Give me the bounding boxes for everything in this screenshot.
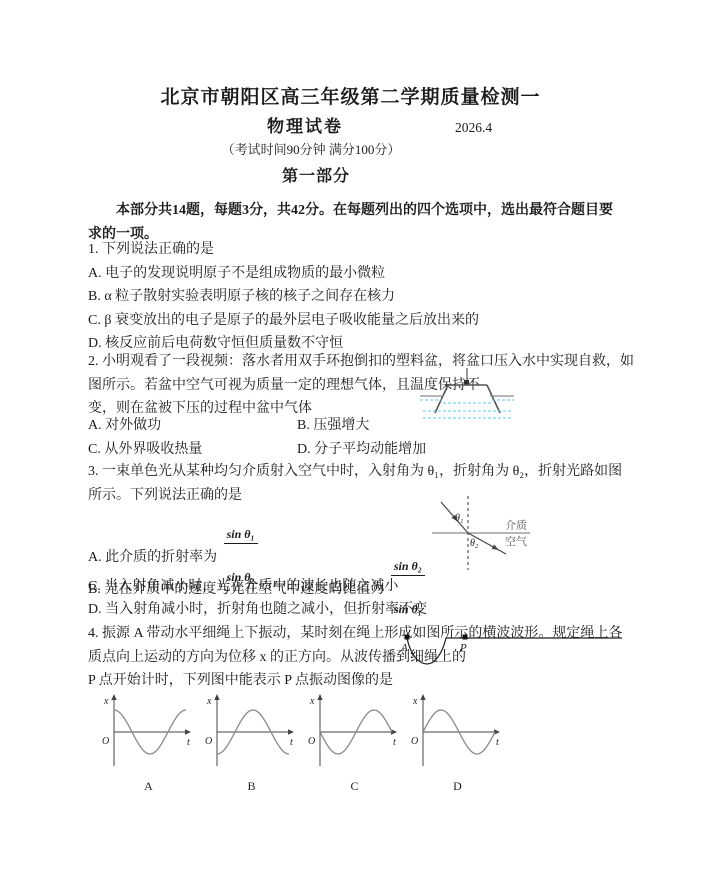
graph-label: C: [298, 779, 401, 794]
wave-trough-curve: [407, 638, 446, 664]
t-axis-label: t: [187, 737, 190, 748]
subject-title: 物理试卷: [0, 112, 610, 137]
question-2: 2. 小明观看了一段视频：落水者用双手环抱倒扣的塑料盆，将盆口压入水中实现自救，…: [88, 350, 634, 421]
exam-paper-page: 北京市朝阳区高三年级第二学期质量检测一 物理试卷 2026.4 （考试时间90分…: [0, 0, 701, 877]
q1-stem: 1. 下列说法正确的是: [88, 238, 479, 262]
q2-stem: 2. 小明观看了一段视频：落水者用双手环抱倒扣的塑料盆，将盆口压入水中实现自救，…: [88, 350, 634, 421]
origin-label: O: [205, 736, 212, 747]
text-line: A. 电子的发现说明原子不是组成物质的最小微粒: [88, 262, 479, 286]
option-graph-A: xOtA: [92, 692, 195, 794]
y-axis-arrow: [111, 694, 116, 700]
t-axis-label: t: [290, 737, 293, 748]
text-line: 2. 小明观看了一段视频：落水者用双手环抱倒扣的塑料盆，将盆口压入水中实现自救，…: [88, 350, 634, 374]
text-line: C. β 衰变放出的电子是原子的最外层电子吸收能量之后放出来的: [88, 309, 479, 333]
y-axis-arrow: [420, 694, 425, 700]
question-3: 3. 一束单色光从某种均匀介质射入空气中时，入射角为 θ₁，折射角为 θ₂，折射…: [88, 460, 628, 625]
exam-info: （考试时间90分钟 满分100分）: [0, 139, 622, 158]
point-p-dot: [463, 635, 468, 640]
refracted-ray-arrow: [492, 545, 501, 553]
graph-label: B: [195, 779, 298, 794]
q2-option-d: D. 分子平均动能增加: [297, 438, 426, 462]
exam-date: 2026.4: [455, 120, 492, 136]
refraction-figure: θ₁ θ₂ 介质 空气: [428, 492, 540, 576]
graph-label: D: [401, 779, 504, 794]
text-line: 本部分共14题，每题3分，共42分。在每题列出的四个选项中，选出最符合题目要: [88, 199, 618, 223]
x-axis-label: x: [412, 696, 418, 707]
option-graph-B: xOtB: [195, 692, 298, 794]
t-axis-label: t: [393, 737, 396, 748]
graph-label: A: [92, 779, 195, 794]
x-axis-label: x: [206, 696, 212, 707]
text-line: 3. 一束单色光从某种均匀介质射入空气中时，入射角为 θ₁，折射角为 θ₂，折射…: [88, 460, 628, 484]
t-axis-arrow: [185, 729, 191, 734]
origin-label: O: [411, 736, 418, 747]
q2-option-b: B. 压强增大: [297, 414, 426, 438]
basin-outline: [435, 385, 500, 413]
text-line: 图所示。若盆中空气可视为质量一定的理想气体，且温度保持不: [88, 374, 634, 398]
q3-option-c: C. 当入射角减小时，光在介质中的波长也随之减小: [88, 575, 398, 599]
q4-option-graphs: xOtAxOtBxOtCxOtD: [92, 692, 504, 794]
q2-option-a: A. 对外做功: [88, 414, 297, 438]
question-1: 1. 下列说法正确的是 A. 电子的发现说明原子不是组成物质的最小微粒B. α …: [88, 238, 479, 356]
option-graph-D: xOtD: [401, 692, 504, 794]
x-axis-label: x: [309, 696, 315, 707]
wave-figure: A P: [398, 628, 626, 670]
text-line: B. α 粒子散射实验表明原子核的核子之间存在核力: [88, 285, 479, 309]
x-axis-label: x: [103, 696, 109, 707]
theta2-label: θ₂: [470, 538, 479, 549]
fraction-numerator: sin θ₂: [391, 560, 425, 575]
water-dashes: [420, 400, 514, 418]
document-title: 北京市朝阳区高三年级第二学期质量检测一: [0, 82, 701, 109]
theta1-label: θ₁: [455, 513, 463, 524]
q3-stem: 3. 一束单色光从某种均匀介质射入空气中时，入射角为 θ₁，折射角为 θ₂，折射…: [88, 460, 628, 507]
option-graph-C: xOtC: [298, 692, 401, 794]
t-axis-label: t: [496, 737, 499, 748]
q1-options: A. 电子的发现说明原子不是组成物质的最小微粒B. α 粒子散射实验表明原子核的…: [88, 262, 479, 356]
q3-option-d: D. 当入射角减小时，折射角也随之减小，但折射率不变: [88, 598, 427, 622]
origin-label: O: [102, 736, 109, 747]
q2-option-c: C. 从外界吸收热量: [88, 438, 297, 462]
wave-label-p: P: [459, 642, 467, 654]
origin-label: O: [308, 736, 315, 747]
wave-label-a: A: [400, 642, 408, 654]
medium-label: 介质: [505, 518, 527, 532]
source-dot: [405, 635, 410, 640]
basin-figure: [415, 366, 517, 426]
air-label: 空气: [505, 534, 527, 548]
y-axis-arrow: [317, 694, 322, 700]
section-title: 第一部分: [0, 163, 632, 186]
y-axis-arrow: [214, 694, 219, 700]
t-axis-arrow: [288, 729, 294, 734]
q2-options-grid: A. 对外做功 B. 压强增大 C. 从外界吸收热量 D. 分子平均动能增加: [88, 414, 426, 461]
text-line: P 点开始计时，下列图中能表示 P 点振动图像的是: [88, 669, 622, 693]
